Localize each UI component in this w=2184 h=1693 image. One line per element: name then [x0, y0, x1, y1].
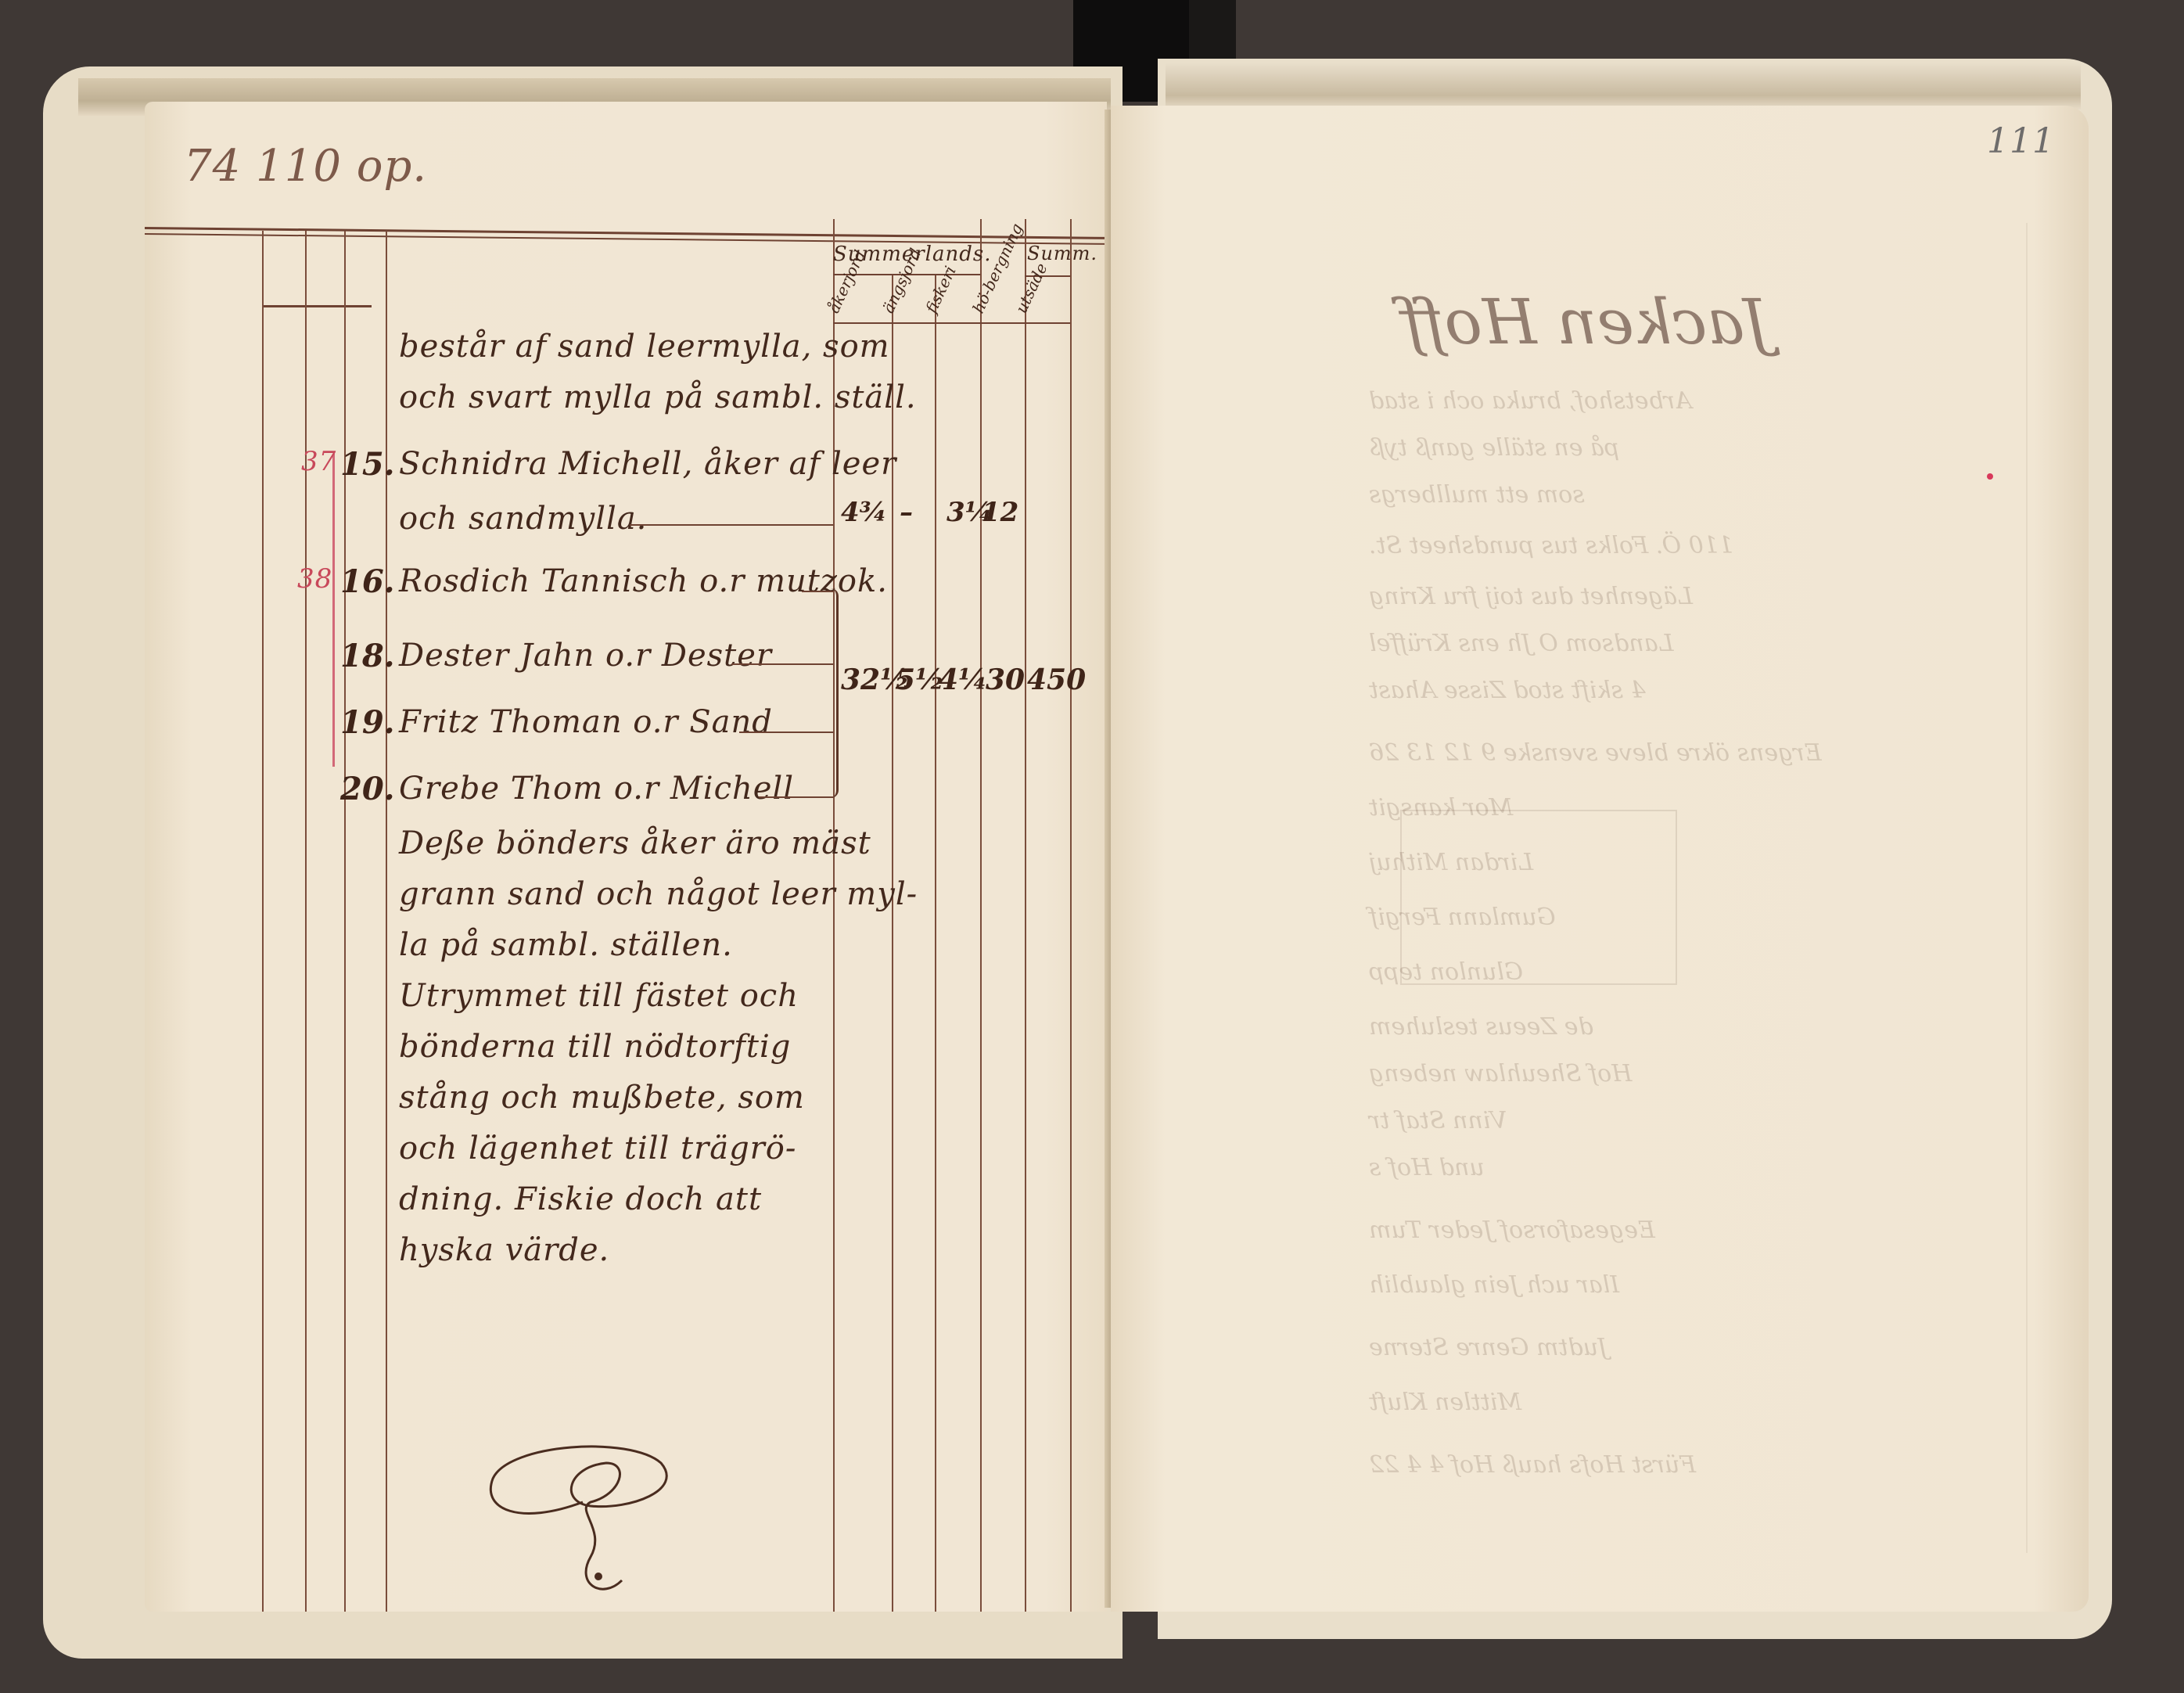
bleed-line: Ilar uch Jein glaublih [1369, 1271, 1619, 1299]
margin-subrule [262, 305, 372, 307]
page-number: 111 [1987, 121, 2055, 161]
pencil-annotation: 74 110 op. [184, 141, 427, 192]
bleed-through-rule [2026, 223, 2028, 1553]
bleed-through-box [1400, 810, 1677, 985]
entry-15-leader [630, 524, 833, 526]
bleed-line: Judtm Genre Sterne [1369, 1334, 1607, 1361]
bleed-line: Landsom O Jh ens Krüffel [1369, 630, 1673, 657]
margin-col-line-2 [305, 231, 307, 1612]
entry-18-line-1: Dester Jahn o.r Dester [399, 638, 772, 674]
entry-15-line-2: och sandmylla. [399, 501, 647, 537]
row-number-19: 19. [340, 704, 395, 741]
entry-15-val-4: 12 [982, 497, 1018, 528]
bleed-line: 110 Ö. Folks tus pundsheet St. [1369, 532, 1733, 559]
row-number-16: 16. [340, 563, 395, 600]
total-val-2: 5½ [896, 663, 945, 696]
entry-18-leader [731, 663, 833, 665]
outro-line-2: grann sand och något leer myl- [399, 876, 918, 912]
right-page: 111 Jacken Hoff Arbetshof, bruka och i s… [1111, 106, 2089, 1612]
outro-line-3: la på sambl. ställen. [399, 927, 733, 963]
value-col-line-5 [1025, 219, 1026, 1612]
red-ink-dot [1987, 473, 1993, 480]
total-val-5: 450 [1027, 663, 1086, 696]
bleed-line: Eegesaforsof Jeder Tum [1369, 1217, 1655, 1244]
entry-16-line-1: Rosdich Tannisch o.r mutzok. [399, 563, 888, 599]
bleed-line: Lägenhet dus toij fru Kring [1369, 583, 1693, 610]
intro-line-2: och svart mylla på sambl. ställ. [399, 379, 917, 415]
bleed-line: Ergens ökre bleve svenske 9 12 13 26 [1369, 739, 1822, 767]
margin-col-line-3 [344, 231, 346, 1612]
bleed-line: Hof Sheuhlaw nebeng [1369, 1060, 1632, 1087]
row-number-20: 20. [340, 771, 395, 807]
bleed-through-title: Jacken Hoff [1400, 286, 1769, 358]
right-page-top-edge [1166, 63, 2081, 110]
row-number-18: 18. [340, 638, 395, 674]
value-col-line-6 [1070, 219, 1072, 1612]
value-col-line-3 [935, 274, 936, 1612]
bleed-line: und Hof s [1369, 1154, 1485, 1181]
red-bracket [332, 454, 335, 767]
text-col-left-line [386, 231, 387, 1612]
header-col-3: fiskeri [921, 263, 960, 316]
header-bottom-rule [833, 322, 1070, 324]
row-number-15: 15. [340, 446, 395, 483]
bleed-line: Vinn Staf tr [1369, 1107, 1507, 1134]
entry-15-line-1: Schnidra Michell, åker af leer [399, 446, 896, 482]
bleed-line: Arbetshof, bruka och i stad [1369, 387, 1692, 415]
left-page: 74 110 op. Summerlands. Summ. åkerjord ä… [145, 102, 1107, 1612]
outro-line-1: Deße bönders åker äro mäst [399, 825, 871, 861]
bleed-line: Mittlen Kluft [1369, 1389, 1521, 1416]
intro-line-1: består af sand leermylla, som [399, 329, 890, 365]
total-val-3: 4¼ [939, 663, 988, 696]
bleed-line: de Zeeus tesluhem [1369, 1013, 1593, 1041]
outro-line-8: dning. Fiskie doch att [399, 1181, 762, 1217]
margin-col-line-1 [262, 231, 264, 1612]
outro-line-9: hyska värde. [399, 1232, 609, 1268]
header-col-5: utsäde [1011, 260, 1051, 316]
entry-20-leader [759, 796, 833, 798]
group-brace [825, 588, 839, 798]
header-col-1: åkerjord [824, 247, 869, 316]
entry-19-leader [739, 731, 833, 733]
outro-line-7: och lägenhet till trägrö- [399, 1130, 796, 1166]
entry-19-line-1: Fritz Thoman o.r Sand [399, 704, 773, 740]
entry-20-line-1: Grebe Thom o.r Michell [399, 771, 794, 807]
outro-line-4: Utrymmet till fästet och [399, 978, 799, 1014]
closing-flourish-icon [473, 1424, 692, 1612]
red-number-37: 37 [301, 446, 336, 477]
red-number-38: 38 [297, 563, 332, 595]
outro-line-5: bönderna till nödtorftig [399, 1029, 791, 1065]
entry-15-val-2: – [900, 497, 913, 528]
value-col-line-1 [833, 219, 835, 1612]
value-col-line-4 [980, 219, 982, 1612]
bleed-line: 4 skift stod Zisse Ahast [1369, 677, 1646, 704]
bleed-line: Fürst Hofs hauß Hof 4 4 22 [1369, 1451, 1696, 1479]
total-val-4: 30 [986, 663, 1025, 696]
entry-15-val-1: 4¾ [841, 497, 887, 528]
bleed-line: som ett mullbergs [1369, 481, 1585, 509]
outro-line-6: stång och mußbete, som [399, 1080, 805, 1116]
bleed-line: på en ställe ganß tyß [1369, 434, 1619, 462]
